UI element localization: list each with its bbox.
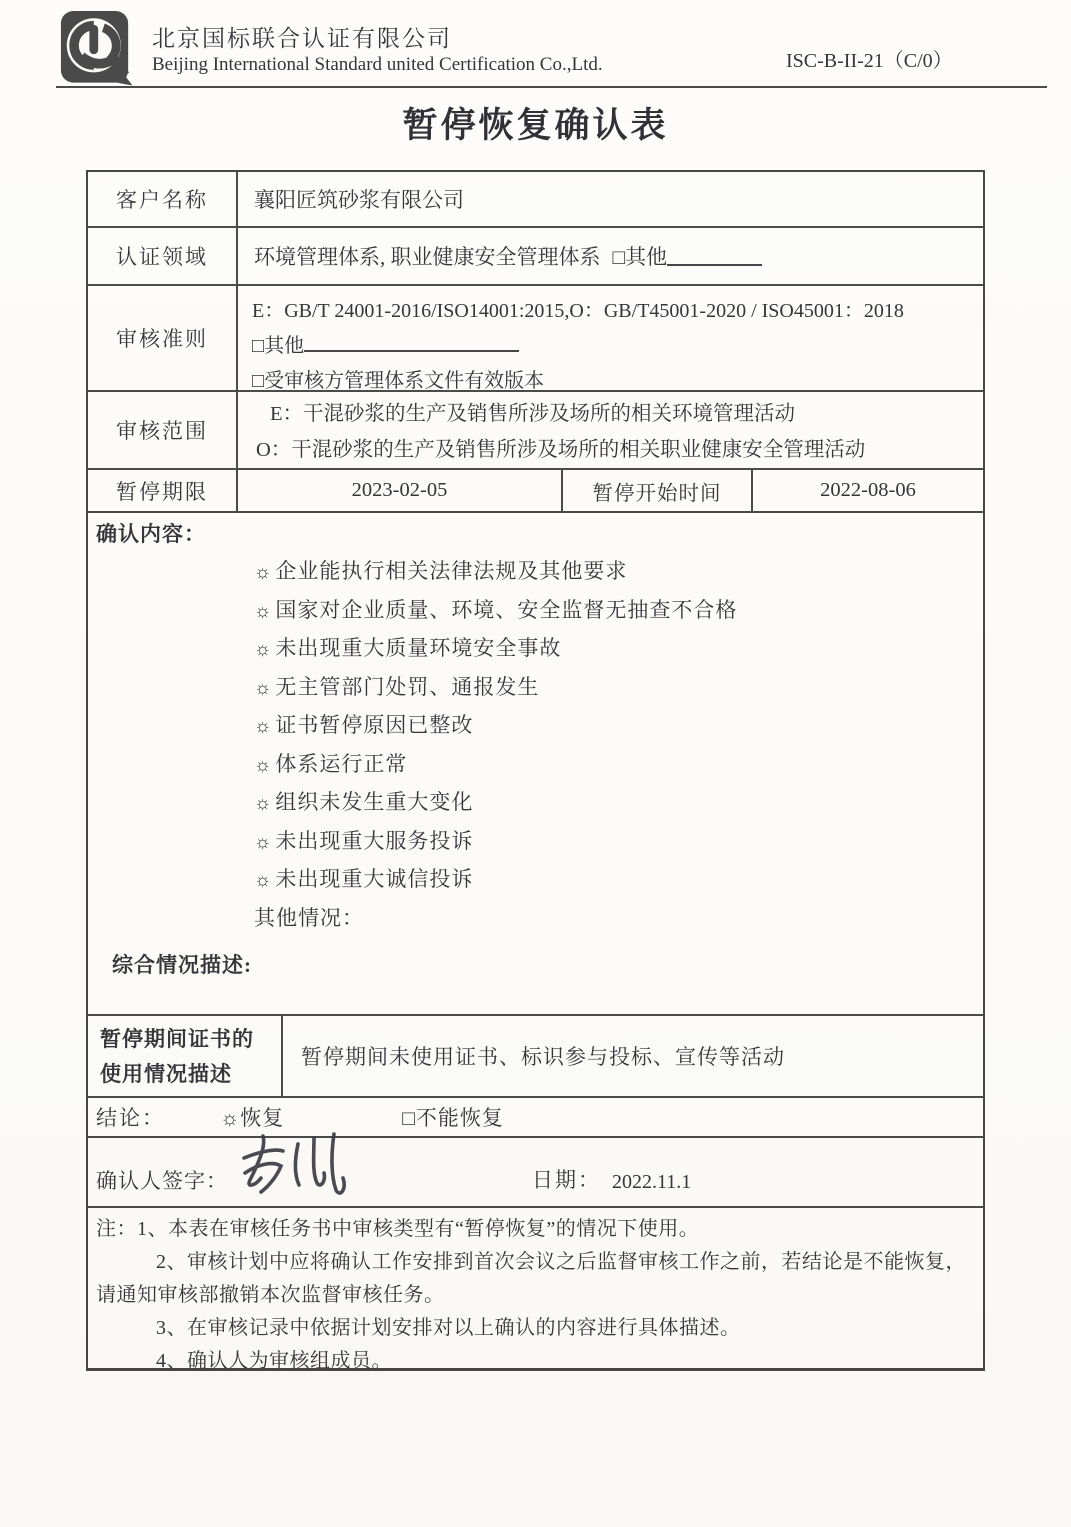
confirm-item: ☼未出现重大服务投诉: [254, 823, 975, 862]
conclusion-not-recover-option: □不能恢复: [402, 1102, 504, 1132]
confirm-item-text: 组织未发生重大变化: [275, 790, 473, 814]
confirm-item-text: 体系运行正常: [275, 752, 407, 776]
gear-bullet-icon: ☼: [254, 639, 272, 660]
confirm-item-text: 未出现重大服务投诉: [275, 829, 473, 853]
note-3: 3、在审核记录中依据计划安排对以上确认的内容进行具体描述。: [96, 1312, 973, 1345]
client-name-value: 襄阳匠筑砂浆有限公司: [238, 172, 983, 226]
other-checkbox: □其他: [613, 241, 668, 271]
conclusion-label: 结论：: [96, 1102, 165, 1132]
note-1: 注：1、本表在审核任务书中审核类型有“暂停恢复”的情况下使用。: [96, 1213, 973, 1246]
criteria-other-checkbox: □其他: [252, 335, 304, 357]
confirm-item: ☼组织未发生重大变化: [254, 784, 975, 823]
scanned-form-page: 北京国标联合认证有限公司 Beijing International Stand…: [0, 0, 1071, 1527]
date-value: 2022.11.1: [612, 1171, 691, 1194]
row-client-name: 客户名称 襄阳匠筑砂浆有限公司: [88, 172, 983, 228]
row-signature: 确认人签字： 日期： 2022.11.1: [88, 1138, 983, 1208]
gear-bullet-icon: ☼: [254, 870, 272, 891]
gear-bullet-icon: ☼: [254, 601, 272, 622]
certification-field-value: 环境管理体系, 职业健康安全管理体系 □其他: [238, 228, 983, 284]
gear-bullet-icon: ☼: [254, 755, 272, 776]
gear-bullet-icon: ☼: [254, 793, 272, 814]
scope-line-o: O：干混砂浆的生产及销售所涉及场所的相关职业健康安全管理活动: [256, 432, 979, 468]
row-audit-criteria: 审核准则 E：GB/T 24001-2016/ISO14001:2015,O：G…: [88, 286, 983, 392]
document-code: ISC-B-II-21（C/0）: [786, 44, 953, 73]
row-certification-field: 认证领域 环境管理体系, 职业健康安全管理体系 □其他: [88, 228, 983, 286]
confirm-item-text: 未出现重大诚信投诉: [275, 867, 473, 891]
suspension-start-value: 2022-08-06: [753, 470, 983, 511]
confirm-item: ☼国家对企业质量、环境、安全监督无抽查不合格: [254, 592, 975, 631]
company-name-cn: 北京国标联合认证有限公司: [152, 20, 452, 53]
certificate-usage-label: 暂停期间证书的 使用情况描述: [88, 1016, 283, 1096]
row-suspension-period: 暂停期限 2023-02-05 暂停开始时间 2022-08-06: [88, 470, 983, 513]
confirmer-signature-label: 确认人签字：: [96, 1165, 228, 1195]
overall-description-label: 综合情况描述:: [112, 949, 975, 979]
certificate-usage-label-line2: 使用情况描述: [100, 1057, 281, 1092]
audit-scope-value: E：干混砂浆的生产及销售所涉及场所的相关环境管理活动 O：干混砂浆的生产及销售所…: [238, 392, 983, 468]
row-certificate-usage: 暂停期间证书的 使用情况描述 暂停期间未使用证书、标识参与投标、宣传等活动: [88, 1016, 983, 1098]
certificate-usage-value: 暂停期间未使用证书、标识参与投标、宣传等活动: [283, 1016, 983, 1096]
date-label: 日期：: [532, 1164, 601, 1194]
company-name-en: Beijing International Standard united Ce…: [152, 54, 603, 76]
suspension-deadline-value: 2023-02-05: [238, 470, 563, 511]
row-conclusion: 结论： ☼恢复 □不能恢复: [88, 1098, 983, 1138]
confirm-item-text: 无主管部门处罚、通报发生: [275, 675, 539, 699]
gear-bullet-icon: ☼: [254, 716, 272, 737]
confirmation-heading: 确认内容：: [96, 519, 975, 549]
certification-field-systems: 环境管理体系, 职业健康安全管理体系: [254, 241, 601, 271]
gear-bullet-icon: ☼: [254, 832, 272, 853]
criteria-blank-line: [304, 332, 519, 352]
audit-criteria-value: E：GB/T 24001-2016/ISO14001:2015,O：GB/T45…: [238, 286, 983, 390]
confirm-item-text: 未出现重大质量环境安全事故: [275, 636, 561, 660]
confirm-item: ☼证书暂停原因已整改: [254, 707, 975, 746]
confirm-item: ☼体系运行正常: [254, 746, 975, 785]
confirmation-list: ☼企业能执行相关法律法规及其他要求 ☼国家对企业质量、环境、安全监督无抽查不合格…: [254, 553, 975, 936]
suspension-period-label: 暂停期限: [88, 470, 238, 511]
confirm-item: ☼企业能执行相关法律法规及其他要求: [254, 553, 975, 592]
row-notes: 注：1、本表在审核任务书中审核类型有“暂停恢复”的情况下使用。 2、审核计划中应…: [88, 1208, 983, 1368]
certification-field-label: 认证领域: [88, 228, 238, 284]
suspension-start-label: 暂停开始时间: [563, 470, 753, 511]
audit-scope-label: 审核范围: [88, 392, 238, 468]
client-name-label: 客户名称: [88, 172, 238, 226]
confirm-item-text: 企业能执行相关法律法规及其他要求: [275, 559, 627, 583]
row-confirmation-content: 确认内容： ☼企业能执行相关法律法规及其他要求 ☼国家对企业质量、环境、安全监督…: [88, 513, 983, 1016]
criteria-other-line: □其他: [252, 329, 979, 364]
gear-bullet-icon: ☼: [254, 678, 272, 699]
confirm-item: ☼未出现重大诚信投诉: [254, 861, 975, 900]
note-4: 4、确认人为审核组成员。: [96, 1345, 973, 1378]
criteria-standards-line: E：GB/T 24001-2016/ISO14001:2015,O：GB/T45…: [252, 294, 979, 329]
page-title: 暂停恢复确认表: [0, 98, 1071, 148]
other-situation-label: 其他情况：: [254, 900, 975, 937]
header-divider: [56, 86, 1047, 88]
gear-bullet-icon: ☼: [254, 562, 272, 583]
certification-logo-icon: [58, 8, 134, 95]
confirm-item-text: 证书暂停原因已整改: [275, 713, 473, 737]
other-blank-line: [667, 246, 762, 266]
confirm-item-text: 国家对企业质量、环境、安全监督无抽查不合格: [275, 598, 737, 622]
row-audit-scope: 审核范围 E：干混砂浆的生产及销售所涉及场所的相关环境管理活动 O：干混砂浆的生…: [88, 392, 983, 470]
audit-criteria-label: 审核准则: [88, 286, 238, 390]
certificate-usage-label-line1: 暂停期间证书的: [100, 1022, 281, 1057]
note-2: 2、审核计划中应将确认工作安排到首次会议之后监督审核工作之前，若结论是不能恢复，…: [96, 1246, 973, 1312]
handwritten-signature: [228, 1128, 378, 1211]
scope-line-e: E：干混砂浆的生产及销售所涉及场所的相关环境管理活动: [256, 396, 979, 432]
confirm-item: ☼无主管部门处罚、通报发生: [254, 669, 975, 708]
form-table: 客户名称 襄阳匠筑砂浆有限公司 认证领域 环境管理体系, 职业健康安全管理体系 …: [86, 170, 985, 1371]
confirm-item: ☼未出现重大质量环境安全事故: [254, 630, 975, 669]
